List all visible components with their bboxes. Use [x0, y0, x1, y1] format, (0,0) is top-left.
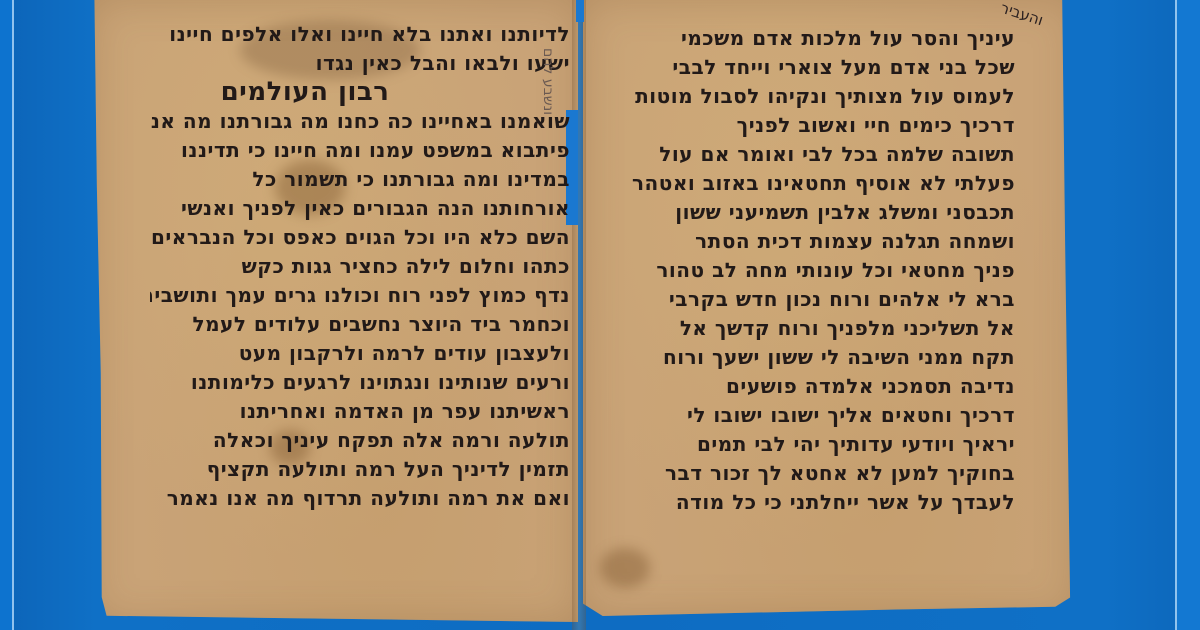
text-line: תקח ממני השיבה לי ששון ישעך ורוח	[595, 343, 1015, 372]
text-line: לעבדך על אשר ייחלתני כי כל מודה	[595, 488, 1015, 517]
text-line: שואמנו באחיינו כה כחנו מה גבורתנו מה אנו	[150, 107, 570, 136]
text-line: דרכיך כימים חיי ואשוב לפניך	[595, 111, 1015, 140]
text-line: פניך מחטאי וכל עונותי מחה לב טהור	[595, 256, 1015, 285]
text-line: תזמין לדיניך העל רמה ותולעה תקציף	[150, 455, 570, 484]
gutter-tear-top	[576, 0, 584, 22]
text-line: לעמוס עול מצותיך ונקיהו לסבול מוטות	[595, 82, 1015, 111]
text-line: ואם את רמה ותולעה תרדוף מה אנו נאמר	[150, 484, 570, 513]
mount-frame-left	[0, 0, 12, 630]
text-line: ברא לי אלהים ורוח נכון חדש בקרבי	[595, 285, 1015, 314]
text-line: פיתבוא במשפט עמנו ומה חיינו כי תדיננו	[150, 136, 570, 165]
text-line: בחוקיך למען לא אחטא לך זכור דבר	[595, 459, 1015, 488]
ink-stain	[600, 548, 650, 588]
text-line: השם כלא היו וכל הגוים כאפס וכל הנבראים	[150, 223, 570, 252]
text-line: אל תשליכני מלפניך ורוח קדשך אל	[595, 314, 1015, 343]
margin-note: ונשבע להם	[540, 48, 556, 115]
text-line: ושמחה תגלנה עצמות דכית הסתר	[595, 227, 1015, 256]
text-line: נדיבה תסמכני אלמדה פושעים	[595, 372, 1015, 401]
binding-gutter	[572, 0, 586, 630]
text-line: וכחמר ביד היוצר נחשבים עלודים לעמל	[150, 310, 570, 339]
text-line: עיניך והסר עול מלכות אדם משכמי	[595, 24, 1015, 53]
text-line: אורחותנו הנה הגבורים כאין לפניך ואנשי	[150, 194, 570, 223]
right-page-text: עיניך והסר עול מלכות אדם משכמי שכל בני א…	[595, 24, 1015, 517]
text-line: פעלתי לא אוסיף תחטאינו באזוב ואטהר	[595, 169, 1015, 198]
text-line: כתהו וחלום לילה כחציר גגות כקש	[150, 252, 570, 281]
text-line: ישעו ולבאו והבל כאין נגדו	[150, 49, 570, 78]
text-line: ראשיתנו עפר מן האדמה ואחריתנו	[150, 397, 570, 426]
text-line: לדיותנו ואתנו בלא חיינו ואלו אלפים חיינו	[150, 20, 570, 49]
text-line: נדף כמוץ לפני רוח וכולנו גרים עמך ותושבי…	[150, 281, 570, 310]
text-line: תולעה ורמה אלה תפקח עיניך וכאלה	[150, 426, 570, 455]
text-line: דרכיך וחטאים אליך ישובו ישובו לי	[595, 401, 1015, 430]
text-line: ורעים שנותינו ונגתוינו לרגעים כלימותנו	[150, 368, 570, 397]
text-line: במדינו ומה גבורתנו כי תשמור כל	[150, 165, 570, 194]
text-line: תכבסני ומשלג אלבין תשמיעני ששון	[595, 198, 1015, 227]
text-line: יראיך ויודעי עדותיך יהי לבי תמים	[595, 430, 1015, 459]
heading-line: רבון העולמים	[150, 78, 570, 107]
left-page-text: לדיותנו ואתנו בלא חיינו ואלו אלפים חיינו…	[150, 20, 570, 513]
text-line: ולעצבון עודים לרמה ולרקבון מעט	[150, 339, 570, 368]
mount-frame-right	[1177, 0, 1200, 630]
text-line: שכל בני אדם מעל צוארי וייחד לבבי	[595, 53, 1015, 82]
text-line: תשובה שלמה בכל לבי ואומר אם עול	[595, 140, 1015, 169]
mount-frame-line-left	[12, 0, 14, 630]
mount-frame-line-right	[1175, 0, 1177, 630]
